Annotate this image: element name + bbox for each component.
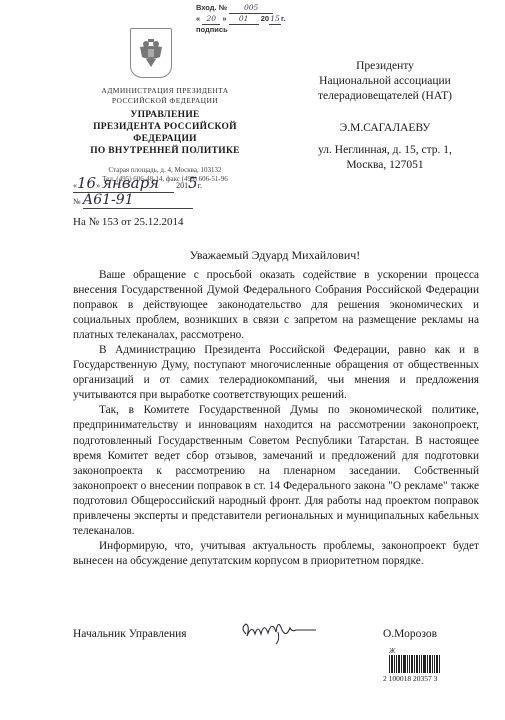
recipient-address: ул. Неглинная, д. 15, стр. 1, Москва, 12…	[285, 143, 485, 173]
signature-icon	[238, 616, 318, 646]
barcode-number: 2 100018 20357 3	[383, 674, 451, 683]
outgoing-day: 16	[77, 174, 96, 192]
outgoing-year-suffix: 5	[188, 174, 198, 192]
number-label: №	[73, 197, 81, 206]
signatory-title: Начальник Управления	[73, 628, 187, 640]
incoming-month: 01	[229, 14, 259, 25]
signature-label: подпись	[196, 25, 286, 35]
recipient-block: Президенту Национальной ассоциации телер…	[285, 59, 485, 104]
recipient-line-3: телерадиовещателей (НАТ)	[285, 89, 485, 104]
sender-line-1: АДМИНИСТРАЦИЯ ПРЕЗИДЕНТА	[60, 86, 270, 96]
sender-header: АДМИНИСТРАЦИЯ ПРЕЗИДЕНТА РОССИЙСКОЙ ФЕДЕ…	[60, 86, 270, 184]
salutation: Уважаемый Эдуард Михайлович!	[60, 248, 490, 263]
letter-body: Ваше обращение с просьбой оказать содейс…	[73, 268, 479, 569]
paragraph-1: Ваше обращение с просьбой оказать содейс…	[73, 268, 479, 343]
year-unit: г.	[281, 14, 285, 23]
outgoing-number: № А61-91	[73, 192, 193, 209]
department-line-3: ПО ВНУТРЕННЕЙ ПОЛИТИКЕ	[60, 145, 270, 157]
recipient-address-1: ул. Неглинная, д. 15, стр. 1,	[285, 143, 485, 158]
outgoing-month: января	[102, 174, 174, 192]
handwritten-signature	[238, 616, 318, 646]
recipient-name: Э.М.САГАЛАЕВУ	[285, 122, 485, 134]
document-barcode: Ж 2 100018 20357 3	[383, 647, 451, 683]
incoming-label: Вход. №	[196, 3, 227, 12]
outgoing-year-unit: г.	[198, 181, 202, 190]
double-headed-eagle-icon	[137, 37, 165, 69]
reply-reference: На № 153 от 25.12.2014	[73, 216, 183, 228]
quote-close: »	[96, 181, 100, 190]
barcode-bars	[389, 655, 451, 673]
outgoing-year-prefix: 201	[176, 181, 188, 190]
recipient-line-1: Президенту	[285, 59, 485, 74]
paragraph-4: Информирую, что, учитывая актуальность п…	[73, 539, 479, 569]
barcode-mark: Ж	[389, 647, 451, 655]
paragraph-2: В Администрацию Президента Российской Фе…	[73, 343, 479, 403]
year-prefix: 20	[261, 14, 269, 23]
department-line-1: УПРАВЛЕНИЕ	[60, 109, 270, 121]
department-line-2: ПРЕЗИДЕНТА РОССИЙСКОЙ ФЕДЕРАЦИИ	[60, 121, 270, 145]
incoming-day: 20	[202, 14, 220, 25]
outgoing-number-value: А61-91	[83, 192, 193, 209]
incoming-year: 15	[269, 14, 281, 25]
recipient-address-2: Москва, 127051	[285, 158, 485, 173]
signatory-name: О.Морозов	[383, 628, 437, 640]
incoming-number: 005	[229, 3, 273, 14]
paragraph-3: Так, в Комитете Государственной Думы по …	[73, 403, 479, 538]
incoming-registration-stamp: Вход. № 005 « 20 » 01 2015г. подпись	[196, 3, 286, 35]
recipient-line-2: Национальной ассоциации	[285, 74, 485, 89]
sender-line-2: РОССИЙСКОЙ ФЕДЕРАЦИИ	[60, 96, 270, 106]
coat-of-arms-emblem	[130, 28, 172, 78]
outgoing-date: «16» января 2015г.	[73, 174, 202, 193]
